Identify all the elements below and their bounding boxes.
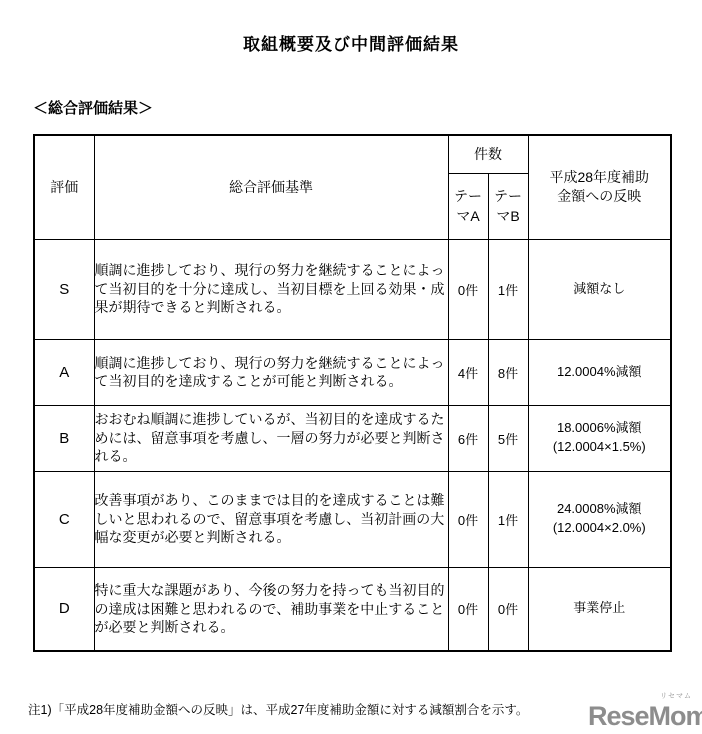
grade-cell: A [34, 339, 94, 405]
reflection-cell: 事業停止 [528, 567, 671, 651]
resemom-logo: リセマム ReseMom. [588, 688, 700, 732]
criteria-cell: おおむね順調に進捗しているが、当初目的を達成するためには、留意事項を考慮し、一層… [94, 405, 448, 471]
col-header-criteria: 総合評価基準 [94, 135, 448, 239]
theme-b-count-cell: 8件 [488, 339, 528, 405]
page-title: 取組概要及び中間評価結果 [0, 30, 702, 55]
theme-b-count-cell: 0件 [488, 567, 528, 651]
table-row-c: C 改善事項があり、このままでは目的を達成することは難しいと思われるので、留意事… [34, 471, 671, 567]
table-row-d: D 特に重大な課題があり、今後の努力を持っても当初目的の達成は困難と思われるので… [34, 567, 671, 651]
reflection-note: (12.0004×2.0%) [529, 519, 671, 538]
section-heading: ＜総合評価結果＞ [33, 97, 153, 118]
table-row-a: A 順調に進捗しており、現行の努力を継続することによって当初目的を達成することが… [34, 339, 671, 405]
theme-a-count-cell: 4件 [448, 339, 488, 405]
criteria-cell: 特に重大な課題があり、今後の努力を持っても当初目的の達成は困難と思われるので、補… [94, 567, 448, 651]
reflection-text: 事業停止 [529, 599, 671, 618]
reflection-cell: 減額なし [528, 239, 671, 339]
criteria-cell: 改善事項があり、このままでは目的を達成することは難しいと思われるので、留意事項を… [94, 471, 448, 567]
theme-b-count-cell: 1件 [488, 239, 528, 339]
col-header-reflection: 平成28年度補助 金額への反映 [528, 135, 671, 239]
col-header-evaluation: 評価 [34, 135, 94, 239]
grade-cell: B [34, 405, 94, 471]
theme-b-count-cell: 5件 [488, 405, 528, 471]
col-header-count-group: 件数 [448, 135, 528, 173]
col-header-theme-a: テーマA [448, 173, 488, 239]
evaluation-table: 評価 総合評価基準 件数 平成28年度補助 金額への反映 テーマA テーマB S… [33, 134, 672, 652]
col-header-reflection-line1: 平成28年度補助 [529, 168, 671, 187]
logo-ruby-text: リセマム [660, 691, 692, 701]
document-page: 取組概要及び中間評価結果 ＜総合評価結果＞ 評価 総合評価基準 件数 平成28年… [0, 0, 702, 734]
table-row-b: B おおむね順調に進捗しているが、当初目的を達成するためには、留意事項を考慮し、… [34, 405, 671, 471]
grade-cell: S [34, 239, 94, 339]
col-header-reflection-line2: 金額への反映 [529, 187, 671, 206]
grade-cell: C [34, 471, 94, 567]
reflection-text: 24.0008%減額 [529, 500, 671, 519]
logo-wordmark: ReseMom. [588, 703, 702, 730]
theme-a-count-cell: 0件 [448, 567, 488, 651]
footnote: 注1)「平成28年度補助金額への反映」は、平成27年度補助金額に対する減額割合を… [28, 700, 528, 718]
theme-b-count-cell: 1件 [488, 471, 528, 567]
grade-cell: D [34, 567, 94, 651]
table-row-s: S 順調に進捗しており、現行の努力を継続することによって当初目的を十分に達成し、… [34, 239, 671, 339]
reflection-text: 12.0004%減額 [529, 363, 671, 382]
reflection-text: 減額なし [529, 280, 671, 299]
reflection-note: (12.0004×1.5%) [529, 438, 671, 457]
reflection-cell: 18.0006%減額 (12.0004×1.5%) [528, 405, 671, 471]
theme-a-count-cell: 0件 [448, 471, 488, 567]
reflection-cell: 12.0004%減額 [528, 339, 671, 405]
criteria-cell: 順調に進捗しており、現行の努力を継続することによって当初目的を達成することが可能… [94, 339, 448, 405]
col-header-theme-b: テーマB [488, 173, 528, 239]
reflection-text: 18.0006%減額 [529, 419, 671, 438]
reflection-cell: 24.0008%減額 (12.0004×2.0%) [528, 471, 671, 567]
criteria-cell: 順調に進捗しており、現行の努力を継続することによって当初目的を十分に達成し、当初… [94, 239, 448, 339]
theme-a-count-cell: 6件 [448, 405, 488, 471]
table-header-row-1: 評価 総合評価基準 件数 平成28年度補助 金額への反映 [34, 135, 671, 173]
theme-a-count-cell: 0件 [448, 239, 488, 339]
